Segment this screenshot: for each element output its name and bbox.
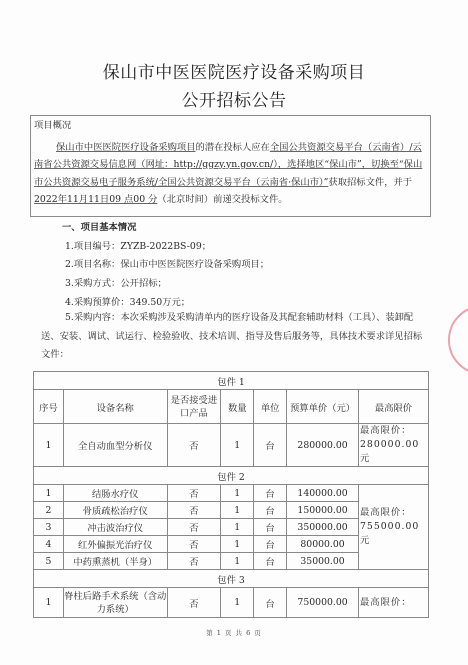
cell-unit: 台: [254, 485, 287, 502]
cell-name: 冲击波治疗仪: [63, 519, 167, 536]
overview-text-b: 获取招标文件，并于: [328, 177, 412, 188]
document-subtitle: 公开招标公告: [0, 86, 468, 111]
document-title: 保山市中医医院医疗设备采购项目: [0, 58, 468, 83]
overview-text-c: （北京时间）前递交投标文件。: [157, 194, 287, 205]
cell-no: 1: [34, 588, 64, 618]
procurement-items-table: 包件 1 序号 设备名称 是否接受进口产品 数量 单位 预算单价（元） 最高限价…: [33, 371, 429, 618]
project-name-link: 保山市中医医院医疗设备采购项目: [56, 142, 195, 153]
cell-name: 骨质疏松治疗仪: [63, 502, 167, 519]
cell-no: 1: [34, 424, 64, 467]
budget: 4.采购预算价：349.50万元；: [65, 294, 190, 308]
cell-import: 否: [167, 424, 221, 467]
procurement-method: 3.采购方式：公开招标；: [65, 275, 167, 289]
cell-unit: 台: [254, 588, 287, 618]
overview-paragraph: 保山市中医医院医疗设备采购项目的潜在投标人应在全国公共资源交易平台（云南省）/云…: [34, 139, 427, 209]
section-heading: 一、项目基本情况: [62, 219, 136, 233]
procurement-content: 5.采购内容：本次采购涉及采购清单内的医疗设备及其配套辅助材料（工具）、装卸配送…: [41, 309, 429, 365]
official-seal-stamp: [448, 305, 468, 375]
cell-import: 否: [167, 485, 221, 502]
cell-no: 5: [34, 553, 64, 570]
cell-name: 结肠水疗仪: [63, 485, 167, 502]
project-number: 1.项目编号：ZYZB-2022BS-09；: [65, 238, 211, 252]
cell-price: 350000.00: [287, 519, 359, 536]
cell-name: 脊柱后路手术系统（含动力系统）: [63, 588, 167, 618]
cell-unit: 台: [254, 502, 287, 519]
package-header: 包件 3: [34, 570, 429, 588]
project-overview-box: 项目概况 保山市中医医院医疗设备采购项目的潜在投标人应在全国公共资源交易平台（云…: [30, 115, 431, 217]
cell-price: 150000.00: [287, 502, 359, 519]
cell-no: 4: [34, 536, 64, 553]
cell-qty: 1: [221, 519, 254, 536]
deadline: 2022年11月11日09 点00 分: [34, 194, 157, 205]
col-header: 设备名称: [63, 390, 167, 424]
col-header: 序号: [34, 390, 64, 424]
cell-import: 否: [167, 536, 221, 553]
cell-qty: 1: [221, 502, 254, 519]
col-header: 最高限价: [359, 390, 429, 424]
table-header-row: 序号 设备名称 是否接受进口产品 数量 单位 预算单价（元） 最高限价: [34, 390, 429, 424]
cell-unit: 台: [254, 424, 287, 467]
cell-unit: 台: [254, 519, 287, 536]
cell-price: 35000.00: [287, 553, 359, 570]
col-header: 预算单价（元）: [287, 390, 359, 424]
project-name: 2.项目名称：保山市中医医院医疗设备采购项目；: [65, 256, 269, 270]
cell-no: 3: [34, 519, 64, 536]
cell-import: 否: [167, 502, 221, 519]
cell-price: 750000.00: [287, 588, 359, 618]
cell-import: 否: [167, 588, 221, 618]
table-row: 1 脊柱后路手术系统（含动力系统） 否 1 台 750000.00 最高限价：: [34, 588, 429, 618]
cell-import: 否: [167, 519, 221, 536]
cell-qty: 1: [221, 536, 254, 553]
cell-qty: 1: [221, 588, 254, 618]
overview-heading: 项目概况: [34, 117, 427, 135]
package-header: 包件 1: [34, 372, 429, 390]
col-header: 是否接受进口产品: [167, 390, 221, 424]
col-header: 单位: [254, 390, 287, 424]
table-row: 1 结肠水疗仪 否 1 台 140000.00 最高限价：755000.00元: [34, 485, 429, 502]
cell-max-price: 最高限价：280000.00元: [359, 424, 429, 467]
cell-name: 全自动血型分析仪: [63, 424, 167, 467]
cell-price: 140000.00: [287, 485, 359, 502]
table-row: 1 全自动血型分析仪 否 1 台 280000.00 最高限价：280000.0…: [34, 424, 429, 467]
overview-text-a: 的潜在投标人应在: [195, 142, 269, 153]
col-header: 数量: [221, 390, 254, 424]
cell-qty: 1: [221, 553, 254, 570]
cell-qty: 1: [221, 485, 254, 502]
cell-unit: 台: [254, 553, 287, 570]
cell-qty: 1: [221, 424, 254, 467]
cell-no: 1: [34, 485, 64, 502]
cell-max-price: 最高限价：: [359, 588, 429, 618]
cell-price: 280000.00: [287, 424, 359, 467]
page-number: 第 1 页 共 6 页: [0, 628, 468, 637]
cell-name: 中药熏蒸机（半身）: [63, 553, 167, 570]
cell-import: 否: [167, 553, 221, 570]
cell-unit: 台: [254, 536, 287, 553]
cell-name: 红外偏振光治疗仪: [63, 536, 167, 553]
cell-no: 2: [34, 502, 64, 519]
cell-price: 80000.00: [287, 536, 359, 553]
cell-max-price: 最高限价：755000.00元: [359, 485, 429, 570]
package-header: 包件 2: [34, 467, 429, 485]
